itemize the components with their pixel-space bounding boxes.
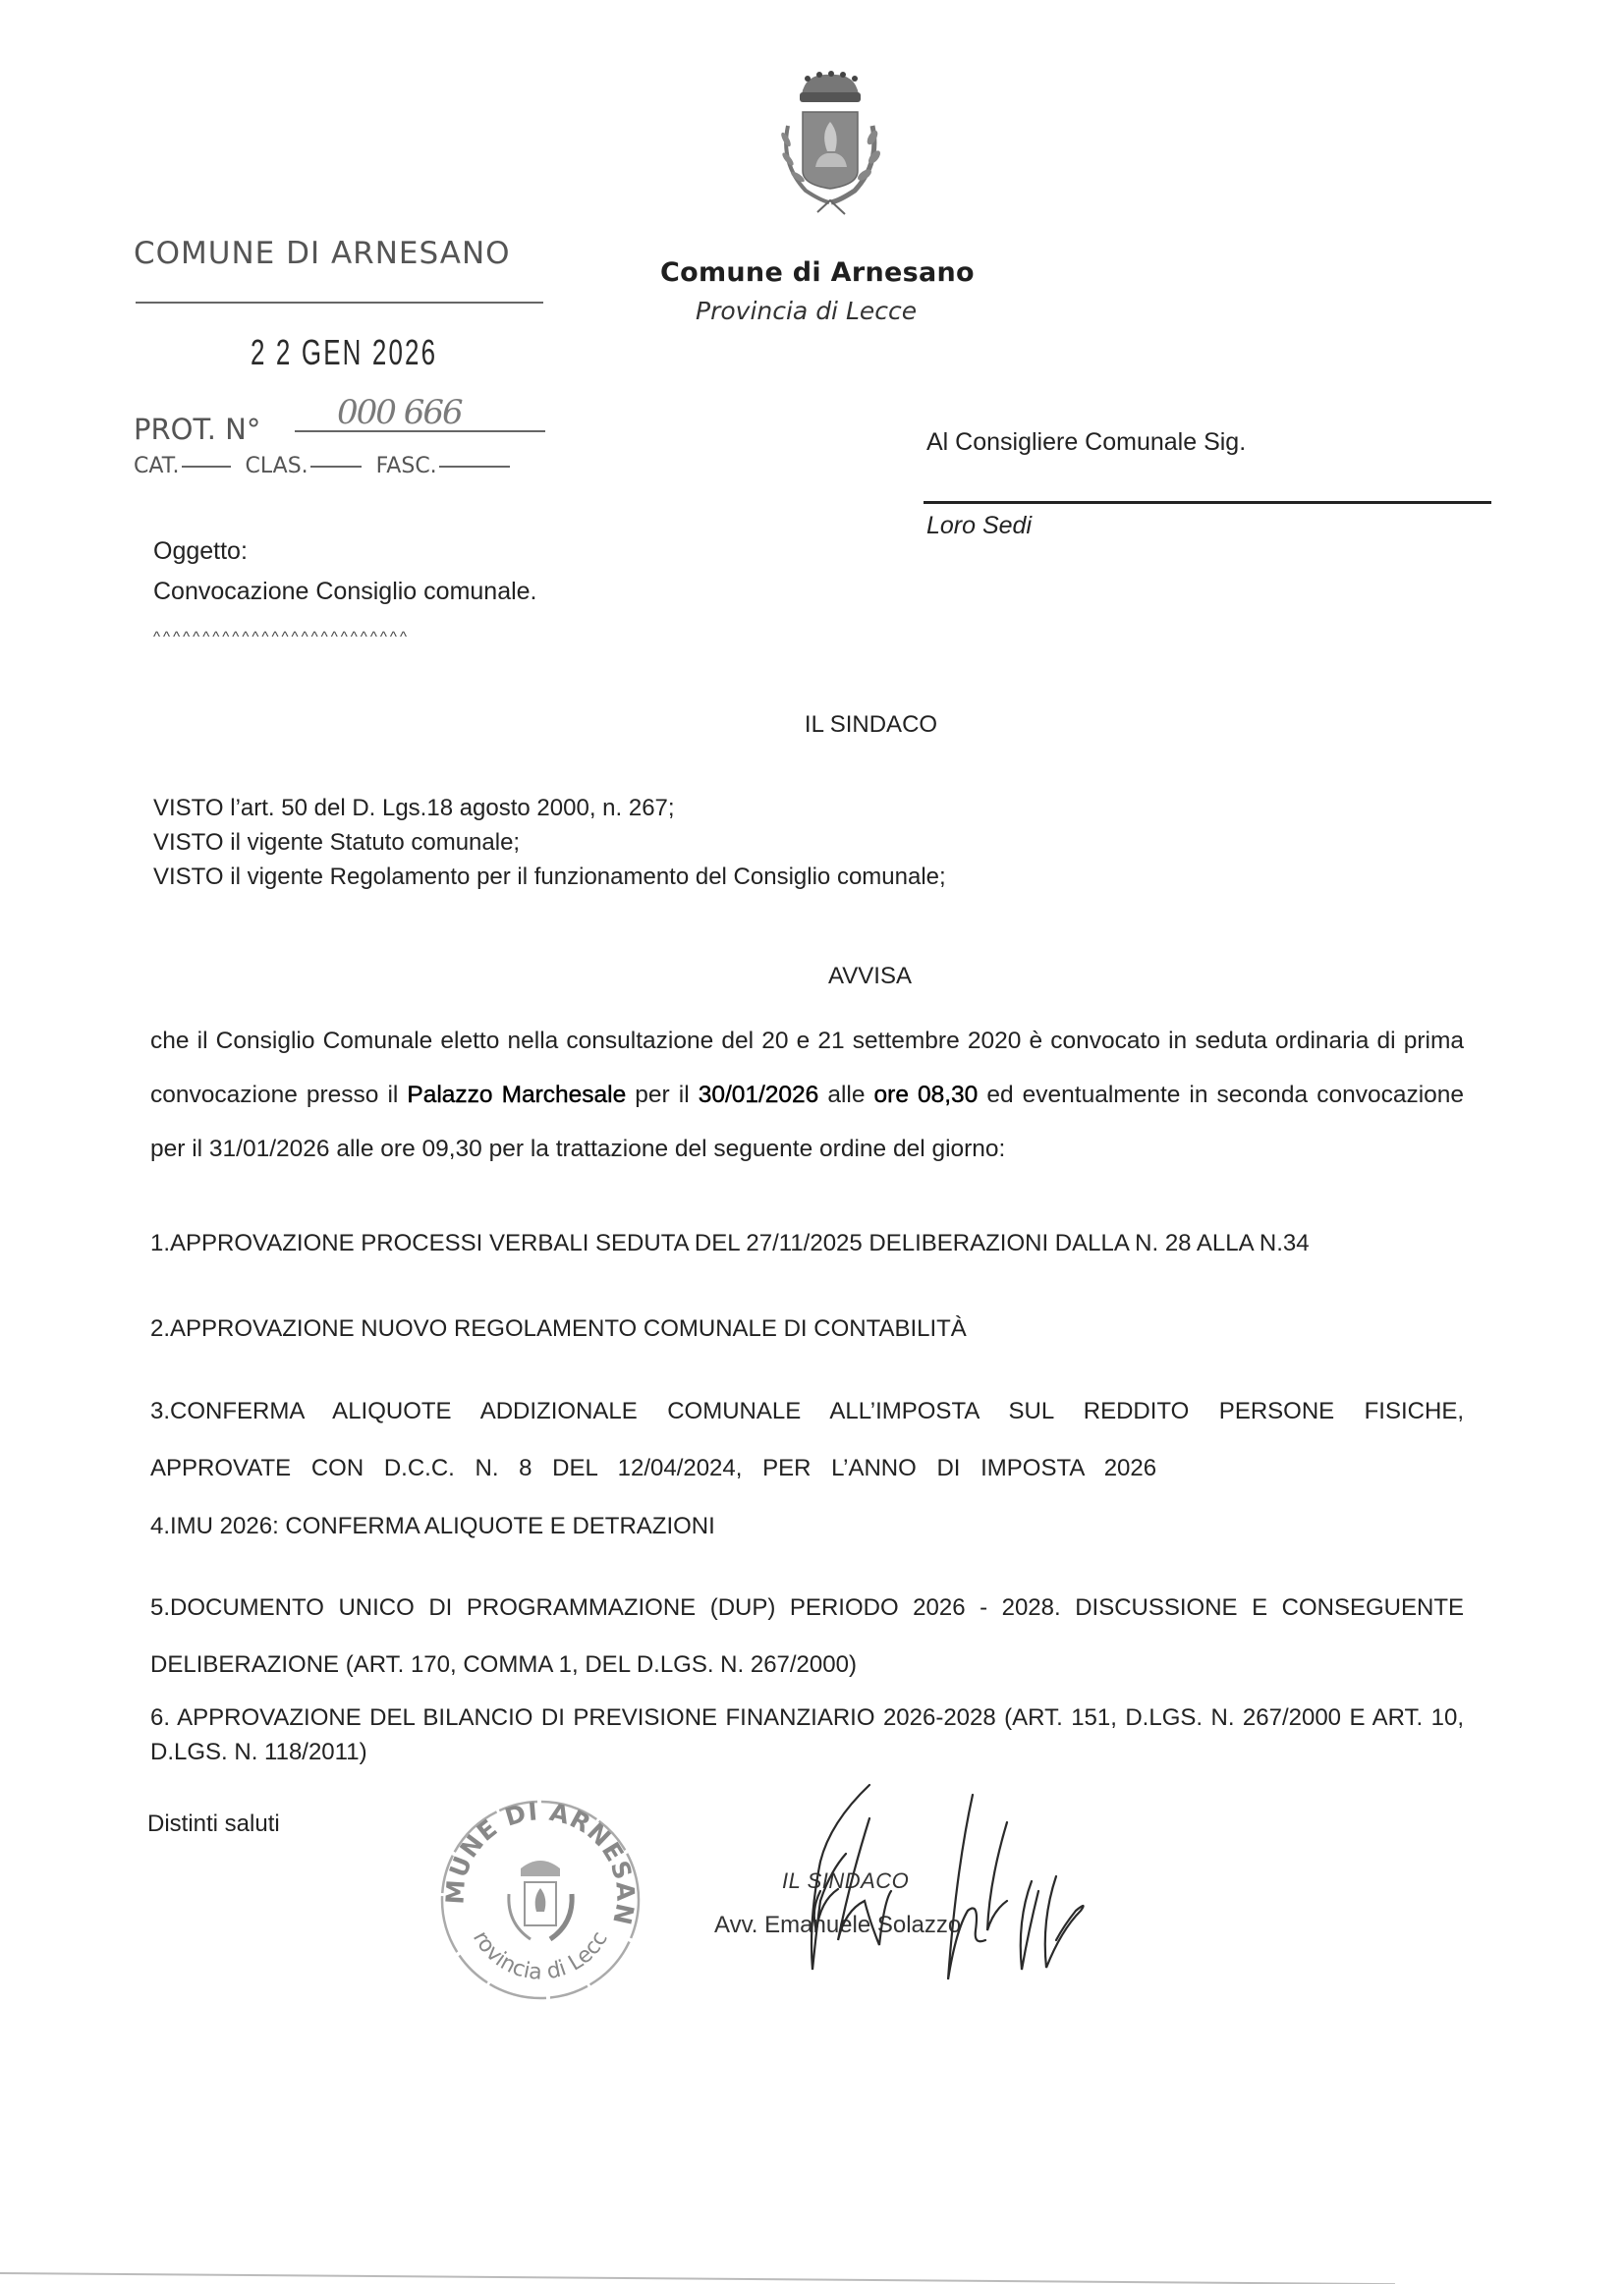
recipient-addressee: Al Consigliere Comunale Sig. xyxy=(926,428,1246,457)
protocol-number-label: PROT. N° xyxy=(134,413,260,446)
meeting-venue: Palazzo Marchesale xyxy=(407,1082,626,1108)
meeting-date: 30/01/2026 xyxy=(699,1082,819,1108)
protocol-number-handwritten: 000 666 xyxy=(337,393,462,432)
protocol-stamp-organization: COMUNE DI ARNESANO xyxy=(134,236,511,271)
notice-heading: AVVISA xyxy=(0,963,1624,990)
visto-text: l’art. 50 del D. Lgs.18 agosto 2000, n. … xyxy=(224,795,675,821)
clas-label: CLAS. xyxy=(246,454,308,478)
recipient-note: Loro Sedi xyxy=(926,512,1032,540)
notice-text: per il xyxy=(626,1082,698,1108)
closing-salutation: Distinti saluti xyxy=(147,1810,280,1838)
visto-text: il vigente Statuto comunale; xyxy=(224,829,521,856)
agenda-item-1: 1.APPROVAZIONE PROCESSI VERBALI SEDUTA D… xyxy=(150,1230,1464,1257)
visto-text: il vigente Regolamento per il funzioname… xyxy=(224,863,946,890)
organization-province: Provincia di Lecce xyxy=(696,297,917,325)
organization-name: Comune di Arnesano xyxy=(660,257,975,288)
municipal-seal-icon: COMUNE DI ARNESANO Provincia di Lecce xyxy=(436,1796,644,2004)
clas-field xyxy=(310,466,362,468)
visto-item: VISTO il vigente Regolamento per il funz… xyxy=(153,860,1430,894)
protocol-date: 2 2 GEN 2026 xyxy=(251,332,437,373)
recipient-rule xyxy=(924,501,1491,504)
classification-row: CAT. CLAS. FASC. xyxy=(134,454,518,478)
cat-label: CAT. xyxy=(134,454,180,478)
visto-keyword: VISTO xyxy=(153,829,224,856)
scan-edge-line xyxy=(0,2272,1395,2284)
subject-label: Oggetto: xyxy=(153,537,248,566)
agenda-item-6: 6. APPROVAZIONE DEL BILANCIO DI PREVISIO… xyxy=(150,1700,1464,1769)
protocol-stamp-rule xyxy=(136,302,543,304)
agenda-item-3: 3.CONFERMA ALIQUOTE ADDIZIONALE COMUNALE… xyxy=(150,1383,1464,1497)
subject-separator: ^^^^^^^^^^^^^^^^^^^^^^^^^^ xyxy=(153,629,410,645)
handwritten-signature-icon xyxy=(722,1783,1095,1989)
agenda-item-4: 4.IMU 2026: CONFERMA ALIQUOTE E DETRAZIO… xyxy=(150,1513,1464,1540)
coat-of-arms-icon xyxy=(766,65,894,222)
visto-list: VISTO l’art. 50 del D. Lgs.18 agosto 200… xyxy=(153,791,1430,894)
visto-keyword: VISTO xyxy=(153,863,224,890)
fasc-field xyxy=(439,466,510,468)
fasc-label: FASC. xyxy=(376,454,437,478)
mayor-heading: IL SINDACO xyxy=(0,711,1624,739)
agenda-item-2: 2.APPROVAZIONE NUOVO REGOLAMENTO COMUNAL… xyxy=(150,1315,1464,1343)
notice-text: alle xyxy=(818,1082,873,1108)
agenda-item-5: 5.DOCUMENTO UNICO DI PROGRAMMAZIONE (DUP… xyxy=(150,1580,1464,1694)
visto-item: VISTO il vigente Statuto comunale; xyxy=(153,825,1430,860)
visto-item: VISTO l’art. 50 del D. Lgs.18 agosto 200… xyxy=(153,791,1430,825)
subject-text: Convocazione Consiglio comunale. xyxy=(153,578,537,606)
notice-paragraph: che il Consiglio Comunale eletto nella c… xyxy=(150,1014,1464,1176)
visto-keyword: VISTO xyxy=(153,795,224,821)
cat-field xyxy=(182,466,231,468)
meeting-time: ore 08,30 xyxy=(874,1082,979,1108)
